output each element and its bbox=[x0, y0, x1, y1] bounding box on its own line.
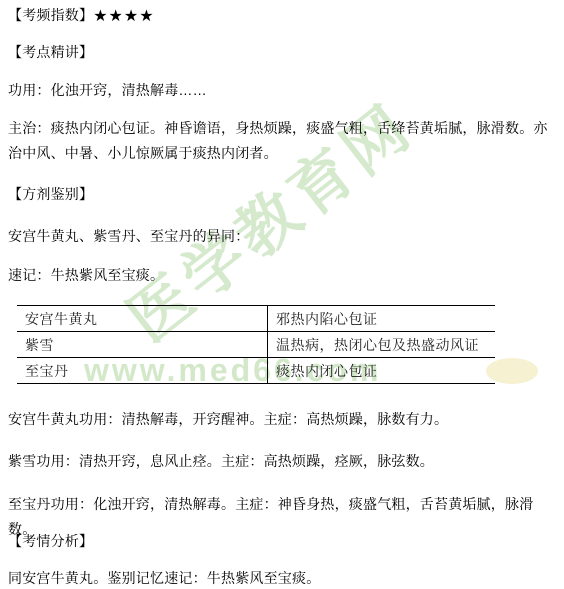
document-page: 医学教育网 www.med66.com 【考频指数】★★★★ 【考点精讲】 功用… bbox=[0, 0, 564, 589]
table-row: 紫雪 温热病，热闭心包及热盛动风证 bbox=[17, 332, 495, 358]
section-header-key-points: 【考点精讲】 bbox=[8, 40, 560, 65]
table-row: 至宝丹 痰热内闭心包证 bbox=[17, 358, 495, 384]
content-layer: 【考频指数】★★★★ 【考点精讲】 功用：化浊开窍，清热解毒…… 主治：痰热内闭… bbox=[0, 0, 564, 589]
section-header-formula-compare: 【方剂鉴别】 bbox=[8, 182, 560, 207]
mnemonic-line: 速记：牛热紫风至宝痰。 bbox=[8, 263, 560, 288]
indication-cell: 痰热内闭心包证 bbox=[268, 358, 496, 384]
formula-name-cell: 安宫牛黄丸 bbox=[17, 306, 268, 332]
angong-summary-line: 安宫牛黄丸功用：清热解毒，开窍醒神。主症：高热烦躁，脉数有力。 bbox=[8, 407, 560, 432]
indication-cell: 温热病，热闭心包及热盛动风证 bbox=[268, 332, 496, 358]
comparison-intro-line: 安宫牛黄丸、紫雪丹、至宝丹的异同： bbox=[8, 224, 560, 249]
function-line: 功用：化浊开窍，清热解毒…… bbox=[8, 78, 560, 103]
indication-paragraph: 主治：痰热内闭心包证。神昏谵语，身热烦躁，痰盛气粗，舌绛苔黄垢腻，脉滑数。亦治中… bbox=[8, 116, 560, 166]
zixue-summary-line: 紫雪功用：清热开窍，息风止痉。主症：高热烦躁，痉厥，脉弦数。 bbox=[8, 449, 560, 474]
section-header-exam-analysis: 【考情分析】 bbox=[8, 529, 560, 554]
frequency-index-line: 【考频指数】★★★★ bbox=[8, 3, 560, 29]
formula-name-cell: 紫雪 bbox=[17, 332, 268, 358]
table-row: 安宫牛黄丸 邪热内陷心包证 bbox=[17, 306, 495, 332]
indication-cell: 邪热内陷心包证 bbox=[268, 306, 496, 332]
frequency-index-label: 【考频指数】 bbox=[8, 7, 93, 23]
formula-comparison-table: 安宫牛黄丸 邪热内陷心包证 紫雪 温热病，热闭心包及热盛动风证 至宝丹 痰热内闭… bbox=[17, 305, 495, 384]
star-rating: ★★★★ bbox=[93, 8, 154, 25]
exam-analysis-line: 同安宫牛黄丸。鉴别记忆速记：牛热紫风至宝痰。 bbox=[8, 566, 560, 589]
formula-name-cell: 至宝丹 bbox=[17, 358, 268, 384]
